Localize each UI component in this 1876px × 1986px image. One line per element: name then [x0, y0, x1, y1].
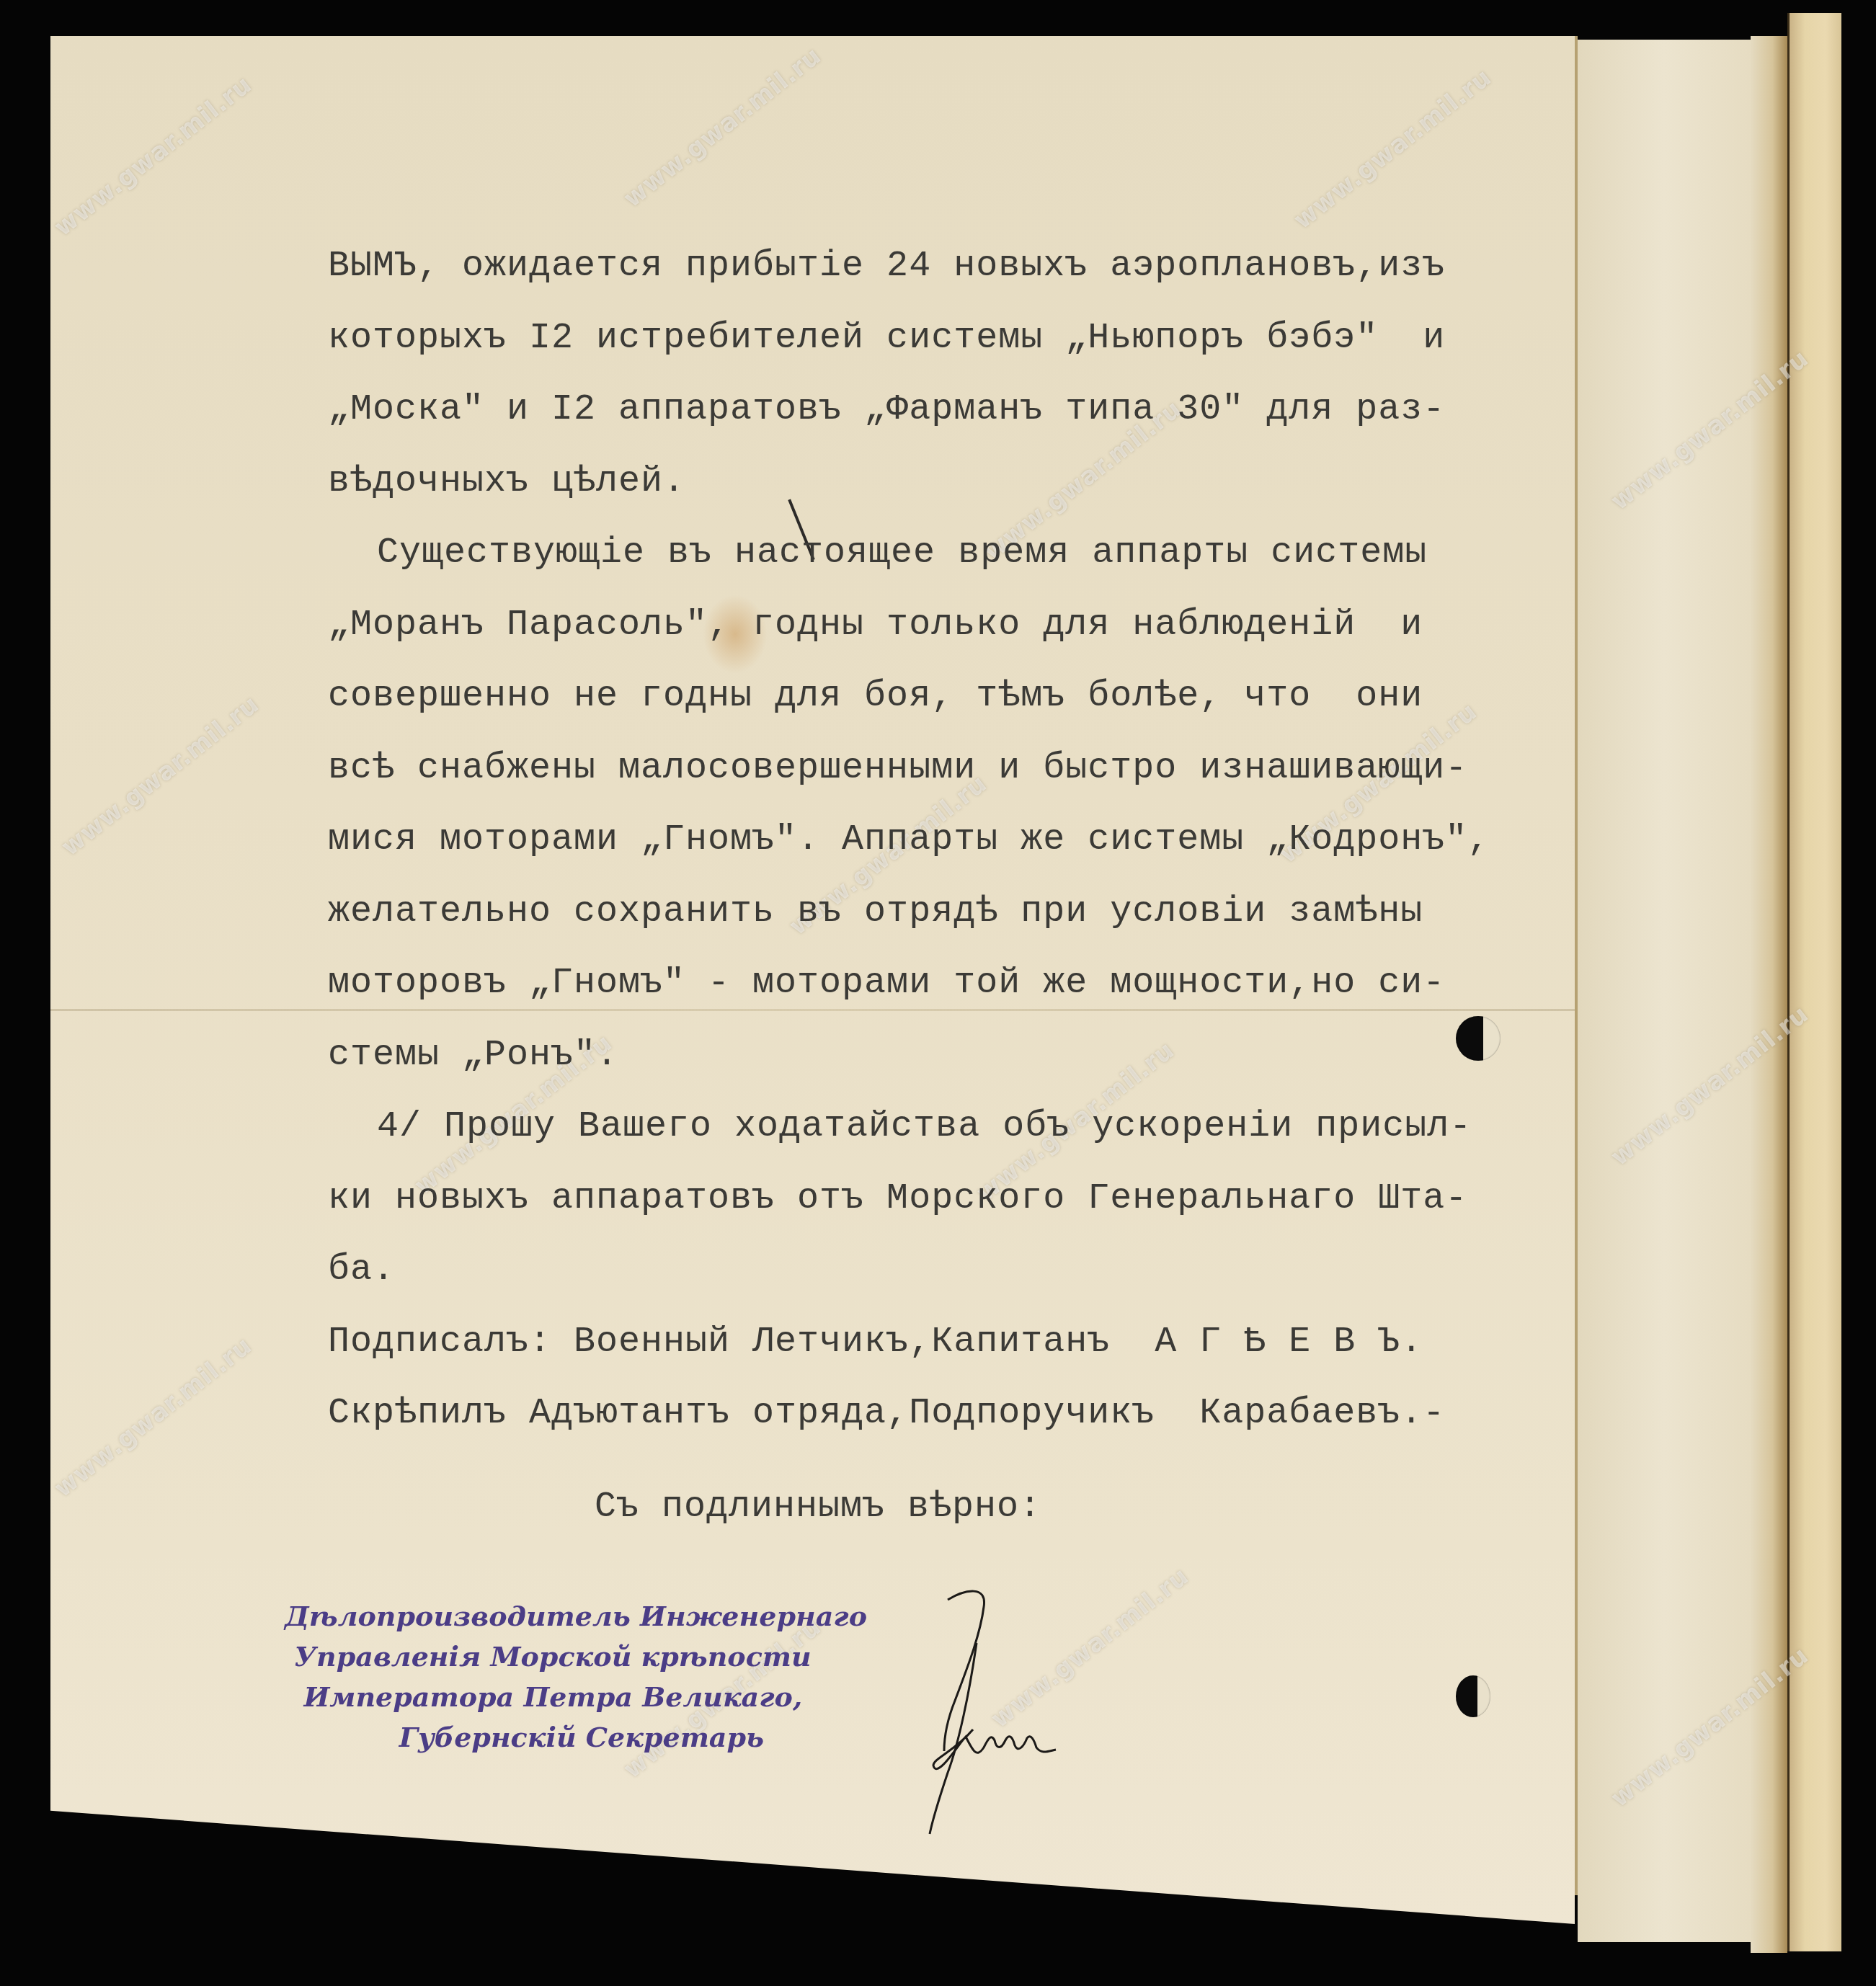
body-line: вѣдочныхъ цѣлей.: [328, 446, 1553, 518]
body-line: желательно сохранить въ отрядѣ при услов…: [328, 876, 1553, 948]
body-line: „Моска" и I2 аппаратовъ „Фарманъ типа 30…: [328, 374, 1553, 446]
body-line: ки новыхъ аппаратовъ отъ Морского Генера…: [328, 1163, 1553, 1235]
body-line: ба.: [328, 1234, 1553, 1306]
punch-hole: [1456, 1016, 1501, 1061]
punch-hole: [1456, 1675, 1490, 1717]
stamp-line: Дѣлопроизводитель Инженернаго: [285, 1596, 867, 1637]
typewritten-body: ВЫМЪ, ожидается прибытіе 24 новыхъ аэроп…: [328, 231, 1553, 1543]
countersigned-line: Скрѣпилъ Адъютантъ отряда,Подпоручикъ Ка…: [328, 1378, 1553, 1450]
body-line: моторовъ „Гномъ" - моторами той же мощно…: [328, 948, 1553, 1020]
handwritten-signature: [915, 1585, 1189, 1859]
certified-copy-line: Съ подлиннымъ вѣрно:: [328, 1471, 1553, 1544]
body-line: ВЫМЪ, ожидается прибытіе 24 новыхъ аэроп…: [328, 231, 1553, 303]
official-stamp: Дѣлопроизводитель Инженернаго Управленія…: [285, 1596, 867, 1758]
body-line: стемы „Ронъ".: [328, 1020, 1553, 1092]
underlying-sheet: [1578, 40, 1751, 1942]
body-line: 4/ Прошу Вашего ходатайства объ ускорені…: [328, 1091, 1553, 1163]
signed-by-line: Подписалъ: Военный Летчикъ,Капитанъ А Г …: [328, 1306, 1553, 1379]
body-line: совершенно не годны для боя, тѣмъ болѣе,…: [328, 661, 1553, 733]
stamp-line: Управленія Морской крѣпости: [285, 1637, 867, 1677]
stamp-line: Губернскій Секретарь: [285, 1717, 867, 1758]
stamp-line: Императора Петра Великаго,: [285, 1677, 867, 1717]
body-line: мися моторами „Гномъ". Аппарты же систем…: [328, 804, 1553, 876]
body-line: всѣ снабжены малосовершенными и быстро и…: [328, 733, 1553, 805]
body-line: „Моранъ Парасоль", годны только для набл…: [328, 589, 1553, 662]
body-line: которыхъ I2 истребителей системы „Ньюпор…: [328, 303, 1553, 375]
body-line: Существующіе въ настоящее время аппарты …: [328, 517, 1553, 589]
